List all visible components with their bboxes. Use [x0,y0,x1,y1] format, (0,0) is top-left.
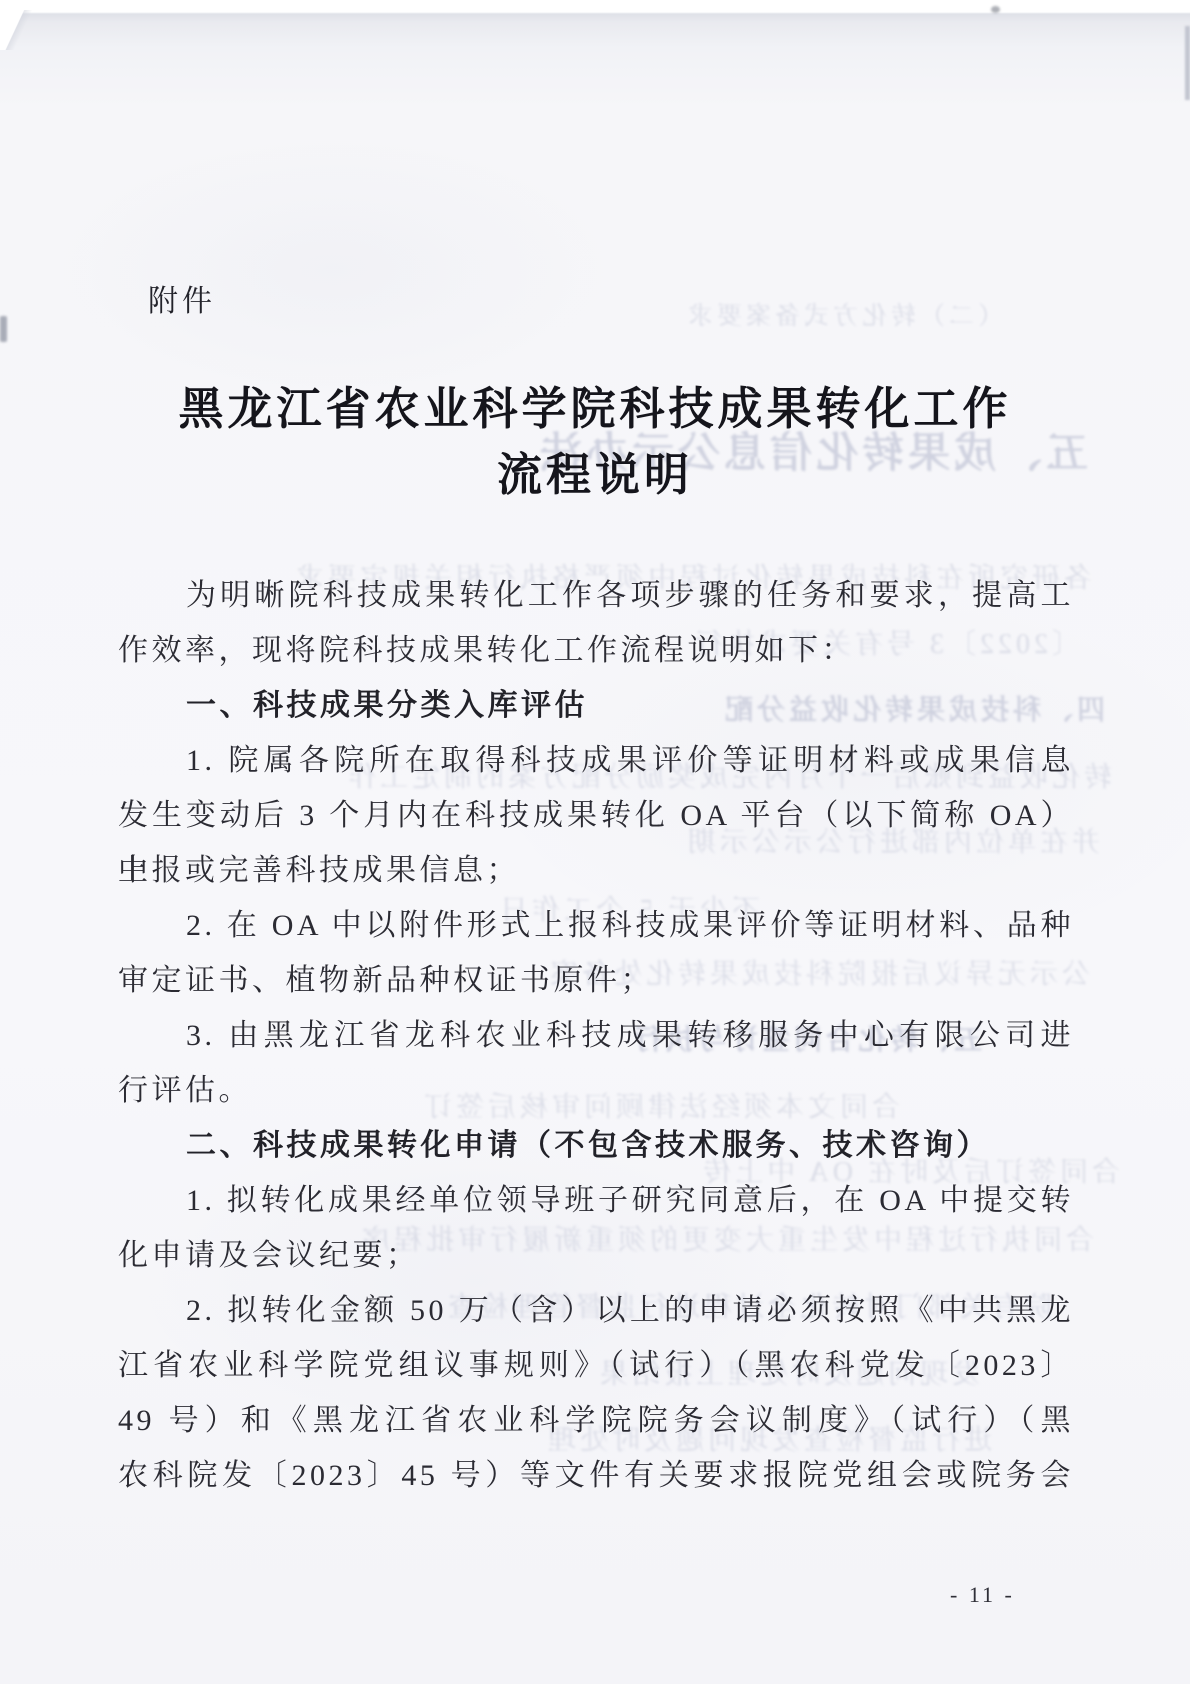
body-line: 3. 由黑龙江省龙科农业科技成果转移服务中心有限公司进 [118,1008,1074,1063]
body-text: 为明晰院科技成果转化工作各项步骤的任务和要求，提高工作效率，现将院科技成果转化工… [118,568,1074,1503]
body-line: 化申请及会议纪要； [118,1228,1074,1283]
page-number: - 11 - [950,1582,1015,1608]
body-line: 49 号）和《黑龙江省农业科学院院务会议制度》（试行）（黑 [118,1393,1074,1448]
body-line: 江省农业科学院党组议事规则》（试行）（黑农科党发〔2023〕 [118,1338,1074,1393]
body-line: 1. 拟转化成果经单位领导班子研究同意后，在 OA 中提交转 [118,1173,1074,1228]
body-line: 2. 拟转化金额 50 万（含）以上的申请必须按照《中共黑龙 [118,1283,1074,1338]
scan-smudge [0,316,7,342]
document-title-line2: 流程说明 [0,442,1190,508]
body-line: 一、科技成果分类入库评估 [118,678,1074,733]
document-content: 附件 黑龙江省农业科学院科技成果转化工作 流程说明 为明晰院科技成果转化工作各项… [0,0,1190,1684]
body-line: 1. 院属各院所在取得科技成果评价等证明材料或成果信息 [118,733,1074,788]
page-corner-artifact [0,10,34,50]
attachment-label: 附件 [148,276,216,320]
body-line: 发生变动后 3 个月内在科技成果转化 OA 平台（以下简称 OA）中 [118,788,1074,843]
document-title-line1: 黑龙江省农业科学院科技成果转化工作 [0,376,1190,442]
body-line: 审定证书、植物新品种权证书原件； [118,953,1074,1008]
body-line: 二、科技成果转化申请（不包含技术服务、技术咨询） [118,1118,1074,1173]
scan-speck [991,6,1000,13]
body-line: 上报或完善科技成果信息； [118,843,1074,898]
document-title: 黑龙江省农业科学院科技成果转化工作 流程说明 [0,376,1190,508]
body-line: 2. 在 OA 中以附件形式上报科技成果评价等证明材料、品种 [118,898,1074,953]
body-line: 作效率，现将院科技成果转化工作流程说明如下： [118,623,1074,678]
body-line: 为明晰院科技成果转化工作各项步骤的任务和要求，提高工 [118,568,1074,623]
scan-edge-artifact [1185,26,1190,100]
body-line: 农科院发〔2023〕45 号）等文件有关要求报院党组会或院务会 [118,1448,1074,1503]
body-line: 行评估。 [118,1063,1074,1118]
